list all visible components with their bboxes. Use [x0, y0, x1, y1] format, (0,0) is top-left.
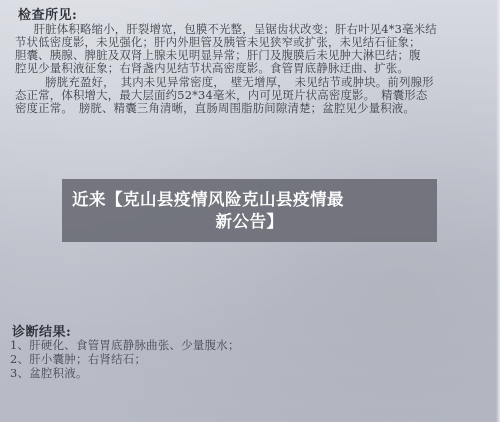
findings-line: 密度正常。 膀胱、精囊三角清晰，直肠周围脂肪间隙清楚；盆腔见少量积液。	[15, 102, 415, 115]
diagnosis-item: 2、肝小囊肿；右肾结石；	[10, 353, 146, 366]
paper-edge	[496, 0, 500, 422]
headline-line-1: 近来【克山县疫情风险克山县疫情最	[72, 189, 427, 211]
diagnosis-item: 3、盆腔积液。	[10, 367, 88, 380]
diagnosis-item: 1、肝硬化、食管胃底静脉曲张、少量腹水；	[10, 339, 240, 352]
headline-line-2: 新公告】	[72, 211, 427, 233]
headline-text: 近来【克山县疫情风险克山县疫情最 新公告】	[72, 189, 427, 233]
headline-banner[interactable]: 近来【克山县疫情风险克山县疫情最 新公告】	[62, 179, 437, 242]
findings-line: 腔见少量积液征象；右肾盏内见结节状高密度影。食管胃底静脉迂曲、扩张。	[15, 62, 409, 75]
findings-section-title: 检查所见:	[18, 4, 77, 23]
